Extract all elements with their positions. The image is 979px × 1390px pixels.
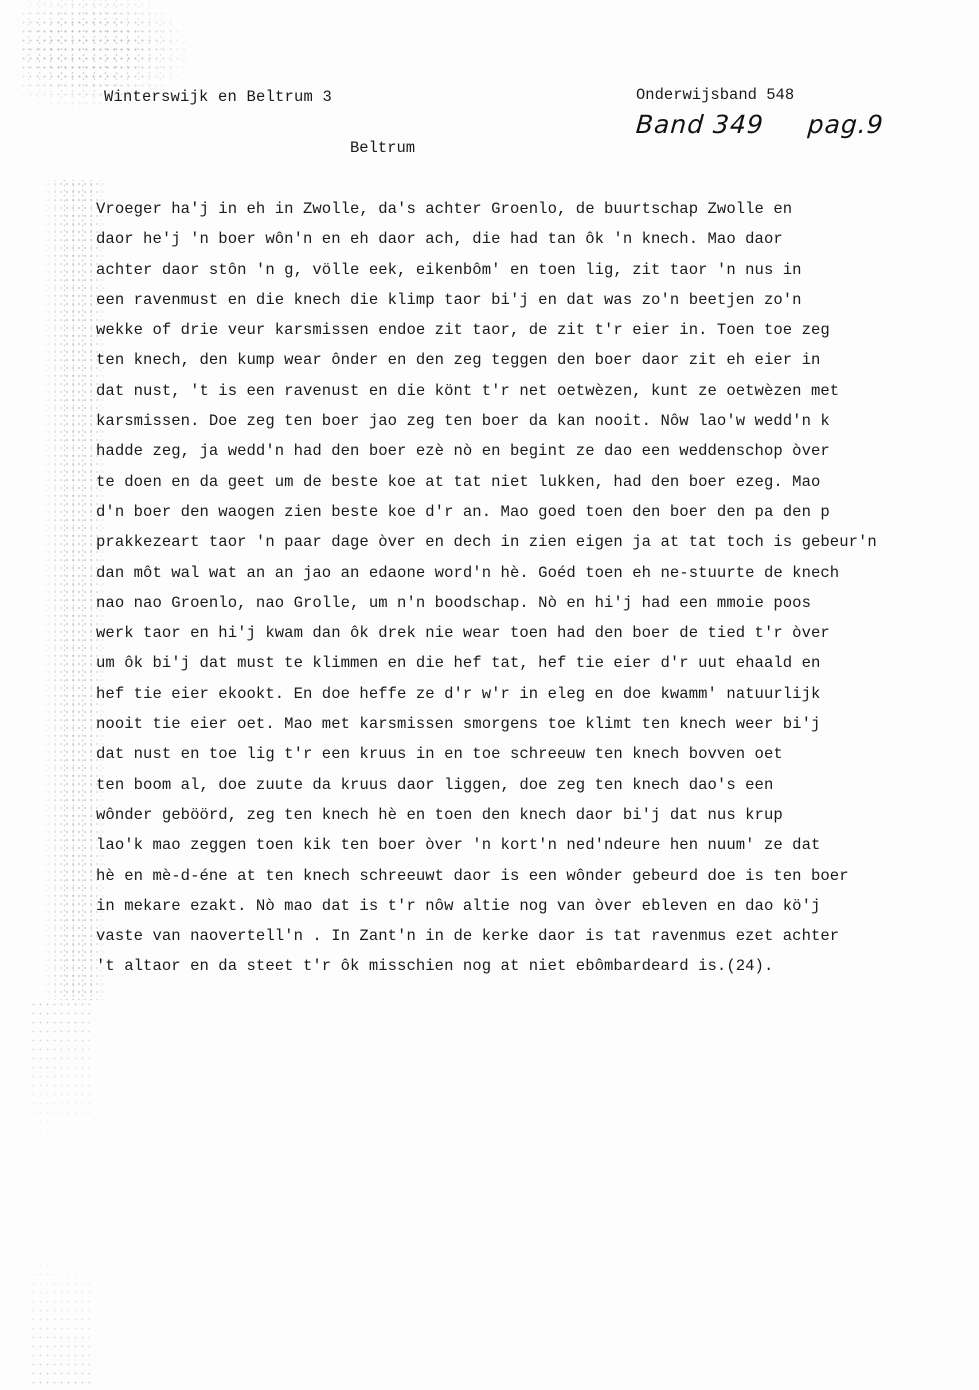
transcript-line: nao nao Groenlo, nao Grolle, um n'n bood… [96, 593, 976, 623]
transcript-body: Vroeger ha'j in eh in Zwolle, da's achte… [96, 199, 976, 987]
document-header-location: Winterswijk en Beltrum 3 [104, 88, 332, 106]
transcript-line: wekke of drie veur karsmissen endoe zit … [96, 320, 976, 350]
transcript-line: dat nust, 't is een ravenust en die könt… [96, 381, 976, 411]
transcript-line: hadde zeg, ja wedd'n had den boer ezè nò… [96, 441, 976, 471]
transcript-line: um ôk bi'j dat must te klimmen en die he… [96, 653, 976, 683]
handwritten-band: Band 349 [635, 110, 765, 139]
handwritten-annotation: Band 349pag.9 [635, 110, 885, 139]
transcript-line: d'n boer den waogen zien beste koe d'r a… [96, 502, 976, 532]
transcript-line: 't altaor en da steet t'r ôk misschien n… [96, 956, 976, 986]
scan-noise [30, 1000, 90, 1390]
transcript-line: daor he'j 'n boer wôn'n en eh daor ach, … [96, 229, 976, 259]
document-header-reference: Onderwijsband 548 [636, 86, 794, 104]
transcript-line: hè en mè-d-éne at ten knech schreeuwt da… [96, 866, 976, 896]
handwritten-page: pag.9 [807, 110, 885, 139]
transcript-line: nooit tie eier oet. Mao met karsmissen s… [96, 714, 976, 744]
transcript-line: dan môt wal wat an an jao an edaone word… [96, 563, 976, 593]
transcript-line: werk taor en hi'j kwam dan ôk drek nie w… [96, 623, 976, 653]
transcript-line: ten knech, den kump wear ônder en den ze… [96, 350, 976, 380]
transcript-line: wônder geböörd, zeg ten knech hè en toen… [96, 805, 976, 835]
transcript-line: vaste van naovertell'n . In Zant'n in de… [96, 926, 976, 956]
transcript-line: te doen en da geet um de beste koe at ta… [96, 472, 976, 502]
document-page: Winterswijk en Beltrum 3 Onderwijsband 5… [0, 0, 979, 1390]
transcript-line: prakkezeart taor 'n paar dage òver en de… [96, 532, 976, 562]
transcript-line: een ravenmust en die knech die klimp tao… [96, 290, 976, 320]
transcript-line: dat nust en toe lig t'r een kruus in en … [96, 744, 976, 774]
transcript-line: in mekare ezakt. Nò mao dat is t'r nôw a… [96, 896, 976, 926]
transcript-line: ten boom al, doe zuute da kruus daor lig… [96, 775, 976, 805]
document-title: Beltrum [350, 139, 415, 157]
transcript-line: achter daor stôn 'n g, völle eek, eikenb… [96, 260, 976, 290]
transcript-line: hef tie eier ekookt. En doe heffe ze d'r… [96, 684, 976, 714]
transcript-line: lao'k mao zeggen toen kik ten boer òver … [96, 835, 976, 865]
transcript-line: karsmissen. Doe zeg ten boer jao zeg ten… [96, 411, 976, 441]
transcript-line: Vroeger ha'j in eh in Zwolle, da's achte… [96, 199, 976, 229]
